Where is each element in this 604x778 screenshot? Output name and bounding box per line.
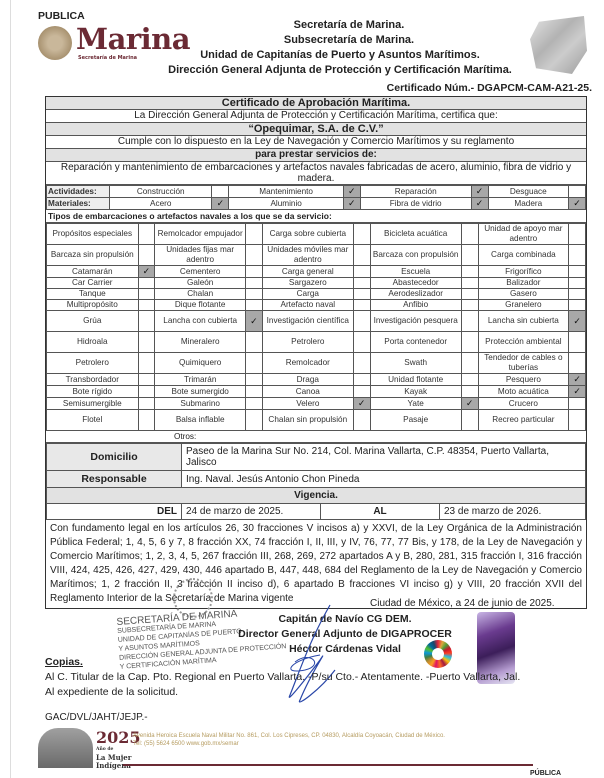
activities-label: Actividades: — [47, 186, 110, 198]
vessel-type-checkbox — [569, 224, 586, 245]
al-label: AL — [321, 504, 440, 520]
vessel-type-checkbox — [353, 374, 370, 386]
vessel-type-checkbox — [138, 224, 155, 245]
vessel-type-checkbox — [461, 332, 478, 353]
vessel-type-cell: Velero — [262, 398, 353, 410]
vessel-type-cell: Chalan sin propulsión — [262, 410, 353, 431]
vessel-type-checkbox — [569, 353, 586, 374]
vessel-type-checkbox — [569, 386, 586, 398]
vessel-type-checkbox — [138, 245, 155, 266]
vessel-type-checkbox — [246, 311, 263, 332]
vessel-type-cell: Carga sobre cubierta — [262, 224, 353, 245]
vessel-type-checkbox — [569, 289, 586, 300]
vessel-type-cell: Bote sumergido — [155, 386, 246, 398]
domicilio-value: Paseo de la Marina Sur No. 214, Col. Mar… — [182, 444, 586, 471]
certificate-number: Certificado Núm.- DGAPCM-CAM-A21-25. — [387, 82, 592, 94]
vessel-type-checkbox — [138, 332, 155, 353]
vessel-type-cell: Lancha sin cubierta — [478, 311, 569, 332]
vessel-type-cell: Recreo particular — [478, 410, 569, 431]
vessel-types-row: Car CarrierGaleónSargazeroAbastecedorBal… — [47, 278, 586, 289]
vessel-type-cell: Investigación científica — [262, 311, 353, 332]
vessel-type-checkbox — [246, 353, 263, 374]
header-line: Secretaría de Marina. — [158, 18, 540, 33]
vessel-type-checkbox — [461, 374, 478, 386]
vessel-type-checkbox — [461, 410, 478, 431]
vessel-type-checkbox — [246, 398, 263, 410]
vessel-type-checkbox — [246, 224, 263, 245]
header-line: Unidad de Capitanías de Puerto y Asuntos… — [140, 48, 540, 63]
others-row: Otros: — [46, 431, 586, 443]
vessel-type-cell: Hidroala — [47, 332, 139, 353]
services-description: Reparación y mantenimiento de embarcacio… — [46, 162, 586, 185]
vessel-type-checkbox — [138, 311, 155, 332]
material-item: Madera — [488, 198, 568, 210]
vessel-type-cell: Quimiquero — [155, 353, 246, 374]
activity-item: Reparación — [360, 186, 471, 198]
materials-label: Materiales: — [47, 198, 110, 210]
vessel-type-cell: Trimarán — [155, 374, 246, 386]
vessel-type-checkbox — [138, 300, 155, 311]
vessel-type-cell: Grúa — [47, 311, 139, 332]
vessel-type-cell: Carga — [262, 289, 353, 300]
certificate-intro: La Dirección General Adjunta de Protecci… — [46, 110, 586, 123]
vessel-type-checkbox — [353, 398, 370, 410]
vessel-type-checkbox — [138, 353, 155, 374]
vessel-type-cell: Carga combinada — [478, 245, 569, 266]
vessel-type-checkbox — [246, 410, 263, 431]
vessel-type-cell: Tanque — [47, 289, 139, 300]
vessel-type-cell: Catamarán — [47, 266, 139, 278]
vessel-types-row: TanqueChalanCargaAerodeslizadorGasero — [47, 289, 586, 300]
vessel-type-checkbox — [569, 300, 586, 311]
vessel-type-checkbox — [138, 278, 155, 289]
activities-row: Actividades: Construcción Mantenimiento … — [47, 186, 586, 198]
activity-item: Construcción — [110, 186, 212, 198]
vessel-type-cell: Galeón — [155, 278, 246, 289]
certificate-sheet: Certificado de Aprobación Marítima. La D… — [45, 96, 587, 609]
activity-checkbox — [212, 186, 229, 198]
copies-line: Al expediente de la solicitud. — [45, 685, 520, 700]
vessel-type-cell: Propósitos especiales — [47, 224, 139, 245]
compliance-text: Cumple con lo dispuesto en la Ley de Nav… — [46, 136, 586, 149]
initials: GAC/DVL/JAHT/JEJP.- — [45, 712, 148, 723]
footer-year-caption: Año de La Mujer Indígena — [96, 746, 131, 770]
vessel-types-row: Bote rígidoBote sumergidoCanoaKayakMoto … — [47, 386, 586, 398]
activity-checkbox — [471, 186, 488, 198]
vessel-type-cell: Porta contenedor — [370, 332, 461, 353]
vessel-type-cell: Canoa — [262, 386, 353, 398]
vessel-type-cell: Unidad flotante — [370, 374, 461, 386]
vessel-type-cell: Granelero — [478, 300, 569, 311]
vessel-type-checkbox — [461, 386, 478, 398]
vessel-type-cell: Barcaza sin propulsión — [47, 245, 139, 266]
vessel-type-cell: Chalan — [155, 289, 246, 300]
vessel-type-checkbox — [569, 410, 586, 431]
mexico-seal-icon — [38, 26, 72, 60]
vessel-type-cell: Pesquero — [478, 374, 569, 386]
vessel-type-checkbox — [246, 278, 263, 289]
vessel-type-checkbox — [461, 353, 478, 374]
indigenous-women-illustration-icon — [38, 728, 93, 768]
vessel-type-checkbox — [246, 332, 263, 353]
vessel-type-checkbox — [461, 311, 478, 332]
vessel-type-cell: Mineralero — [155, 332, 246, 353]
vessel-type-cell: Semisumergible — [47, 398, 139, 410]
vessel-type-cell: Unidades fijas mar adentro — [155, 245, 246, 266]
vessel-type-cell: Kayak — [370, 386, 461, 398]
services-label: para prestar servicios de: — [46, 149, 586, 162]
material-item: Aluminio — [229, 198, 343, 210]
material-item: Fibra de vidrio — [360, 198, 471, 210]
responsable-value: Ing. Naval. Jesús Antonio Chon Pineda — [182, 471, 586, 488]
vessel-type-checkbox — [461, 398, 478, 410]
material-checkbox — [569, 198, 586, 210]
vessel-type-checkbox — [569, 398, 586, 410]
vessel-type-cell: Dique flotante — [155, 300, 246, 311]
vessel-types-row: TransbordadorTrimaránDragaUnidad flotant… — [47, 374, 586, 386]
vessel-type-cell: Tendedor de cables o tuberías — [478, 353, 569, 374]
header-line: Dirección General Adjunta de Protección … — [140, 63, 540, 78]
activity-item: Desguace — [488, 186, 568, 198]
copies-line: Al C. Titular de la Cap. Pto. Regional e… — [45, 670, 520, 685]
document-header: Secretaría de Marina. Subsecretaría de M… — [140, 18, 540, 78]
vessel-type-cell: Moto acuática — [478, 386, 569, 398]
activities-materials-table: Actividades: Construcción Mantenimiento … — [46, 185, 586, 210]
details-table: Domicilio Paseo de la Marina Sur No. 214… — [46, 443, 586, 520]
domicilio-label: Domicilio — [47, 444, 182, 471]
vessel-types-title: Tipos de embarcaciones o artefactos nava… — [46, 210, 586, 223]
vessel-type-checkbox — [461, 266, 478, 278]
vessel-type-checkbox — [138, 289, 155, 300]
vessel-type-cell: Balsa inflable — [155, 410, 246, 431]
material-checkbox — [212, 198, 229, 210]
vessel-type-checkbox — [138, 374, 155, 386]
footer-address: Avenida Heroica Escuela Naval Militar No… — [133, 732, 445, 748]
activity-checkbox — [343, 186, 360, 198]
vessel-type-checkbox — [461, 245, 478, 266]
vessel-type-cell: Unidad de apoyo mar adentro — [478, 224, 569, 245]
vessel-type-checkbox — [353, 278, 370, 289]
vessel-type-checkbox — [353, 245, 370, 266]
footer-divider — [123, 764, 533, 766]
vessel-types-row: HidroalaMineraleroPetroleroPorta contene… — [47, 332, 586, 353]
responsable-label: Responsable — [47, 471, 182, 488]
legal-basis-text: Con fundamento legal en los artículos 26… — [46, 520, 586, 608]
vessel-type-checkbox — [246, 245, 263, 266]
vessel-type-checkbox — [353, 289, 370, 300]
vessel-type-cell: Gasero — [478, 289, 569, 300]
vessel-type-checkbox — [246, 374, 263, 386]
activity-item: Mantenimiento — [229, 186, 343, 198]
vessel-type-checkbox — [138, 266, 155, 278]
vessel-type-cell: Aerodeslizador — [370, 289, 461, 300]
logo-subtitle: Secretaría de Marina — [78, 55, 137, 61]
vessel-type-cell: Barcaza con propulsión — [370, 245, 461, 266]
vessel-types-table: Propósitos especialesRemolcador empujado… — [46, 223, 586, 431]
vessel-types-row: PetroleroQuimiqueroRemolcadorSwathTended… — [47, 353, 586, 374]
classification-label: PUBLICA — [38, 10, 85, 22]
vessel-type-checkbox — [461, 224, 478, 245]
vessel-type-cell: Bote rígido — [47, 386, 139, 398]
material-item: Acero — [110, 198, 212, 210]
bottom-classification-label: PÚBLICA — [530, 770, 561, 777]
vessel-type-checkbox — [353, 386, 370, 398]
vessel-types-row: CatamaránCementeroCarga generalEscuelaFr… — [47, 266, 586, 278]
vessel-type-checkbox — [569, 332, 586, 353]
vessel-type-checkbox — [353, 311, 370, 332]
material-checkbox — [471, 198, 488, 210]
vessel-type-checkbox — [461, 289, 478, 300]
vessel-type-cell: Bicicleta acuática — [370, 224, 461, 245]
vessel-type-cell: Yate — [370, 398, 461, 410]
vessel-type-checkbox — [461, 278, 478, 289]
copies-title: Copias. — [45, 655, 520, 670]
vessel-type-cell: Remolcador — [262, 353, 353, 374]
vessel-type-checkbox — [353, 332, 370, 353]
vessel-type-cell: Petrolero — [262, 332, 353, 353]
vessel-type-cell: Abastecedor — [370, 278, 461, 289]
vessel-types-row: Barcaza sin propulsiónUnidades fijas mar… — [47, 245, 586, 266]
vessel-type-cell: Unidades móviles mar adentro — [262, 245, 353, 266]
vessel-type-cell: Petrolero — [47, 353, 139, 374]
vessel-type-cell: Pasaje — [370, 410, 461, 431]
vessel-type-checkbox — [569, 245, 586, 266]
material-checkbox — [343, 198, 360, 210]
vessel-type-cell: Flotel — [47, 410, 139, 431]
vessel-type-checkbox — [461, 300, 478, 311]
vessel-type-checkbox — [353, 353, 370, 374]
vessel-type-checkbox — [138, 386, 155, 398]
place-date: Ciudad de México, a 24 de junio de 2025. — [370, 598, 555, 609]
vessel-type-cell: Escuela — [370, 266, 461, 278]
copies-section: Copias. Al C. Titular de la Cap. Pto. Re… — [45, 655, 520, 700]
vessel-type-cell: Frigorífico — [478, 266, 569, 278]
vessel-type-cell: Submarino — [155, 398, 246, 410]
company-name: “Opequimar, S.A. de C.V.” — [46, 123, 586, 136]
vessel-type-cell: Artefacto naval — [262, 300, 353, 311]
vessel-type-cell: Lancha con cubierta — [155, 311, 246, 332]
header-line: Subsecretaría de Marina. — [158, 33, 540, 48]
vessel-types-row: Propósitos especialesRemolcador empujado… — [47, 224, 586, 245]
vessel-type-checkbox — [569, 311, 586, 332]
vessel-type-cell: Car Carrier — [47, 278, 139, 289]
vessel-type-checkbox — [353, 266, 370, 278]
vessel-types-row: MultipropósitoDique flotanteArtefacto na… — [47, 300, 586, 311]
vessel-type-cell: Investigación pesquera — [370, 311, 461, 332]
vessel-type-checkbox — [138, 398, 155, 410]
vessel-types-row: SemisumergibleSubmarinoVeleroYateCrucero — [47, 398, 586, 410]
certificate-title: Certificado de Aprobación Marítima. — [46, 97, 586, 110]
del-date: 24 de marzo de 2025. — [182, 504, 321, 520]
others-label: Otros: — [174, 432, 196, 441]
vessel-type-checkbox — [246, 300, 263, 311]
vessel-type-cell: Carga general — [262, 266, 353, 278]
vessel-type-checkbox — [246, 266, 263, 278]
vessel-type-checkbox — [353, 300, 370, 311]
page-footer: 2025 Año de La Mujer Indígena Avenida He… — [38, 728, 598, 768]
vessel-type-cell: Draga — [262, 374, 353, 386]
vessel-types-row: FlotelBalsa inflableChalan sin propulsió… — [47, 410, 586, 431]
vessel-type-checkbox — [353, 410, 370, 431]
vessel-type-cell: Anfibio — [370, 300, 461, 311]
vessel-type-checkbox — [569, 278, 586, 289]
vessel-type-cell: Swath — [370, 353, 461, 374]
vessel-type-cell: Cementero — [155, 266, 246, 278]
vessel-type-checkbox — [353, 224, 370, 245]
vessel-type-cell: Protección ambiental — [478, 332, 569, 353]
vessel-type-cell: Transbordador — [47, 374, 139, 386]
vessel-type-checkbox — [569, 266, 586, 278]
vessel-type-cell: Multipropósito — [47, 300, 139, 311]
vigencia-label: Vigencia. — [47, 488, 586, 504]
vessel-type-cell: Crucero — [478, 398, 569, 410]
vessel-type-checkbox — [246, 289, 263, 300]
activity-checkbox — [569, 186, 586, 198]
vessel-type-checkbox — [138, 410, 155, 431]
vessel-type-checkbox — [569, 374, 586, 386]
vessel-type-cell: Remolcador empujador — [155, 224, 246, 245]
vessel-type-cell: Balizador — [478, 278, 569, 289]
vessel-types-row: GrúaLancha con cubiertaInvestigación cie… — [47, 311, 586, 332]
del-label: DEL — [47, 504, 182, 520]
vessel-type-cell: Sargazero — [262, 278, 353, 289]
vessel-type-checkbox — [246, 386, 263, 398]
materials-row: Materiales: Acero Aluminio Fibra de vidr… — [47, 198, 586, 210]
al-date: 23 de marzo de 2026. — [440, 504, 586, 520]
